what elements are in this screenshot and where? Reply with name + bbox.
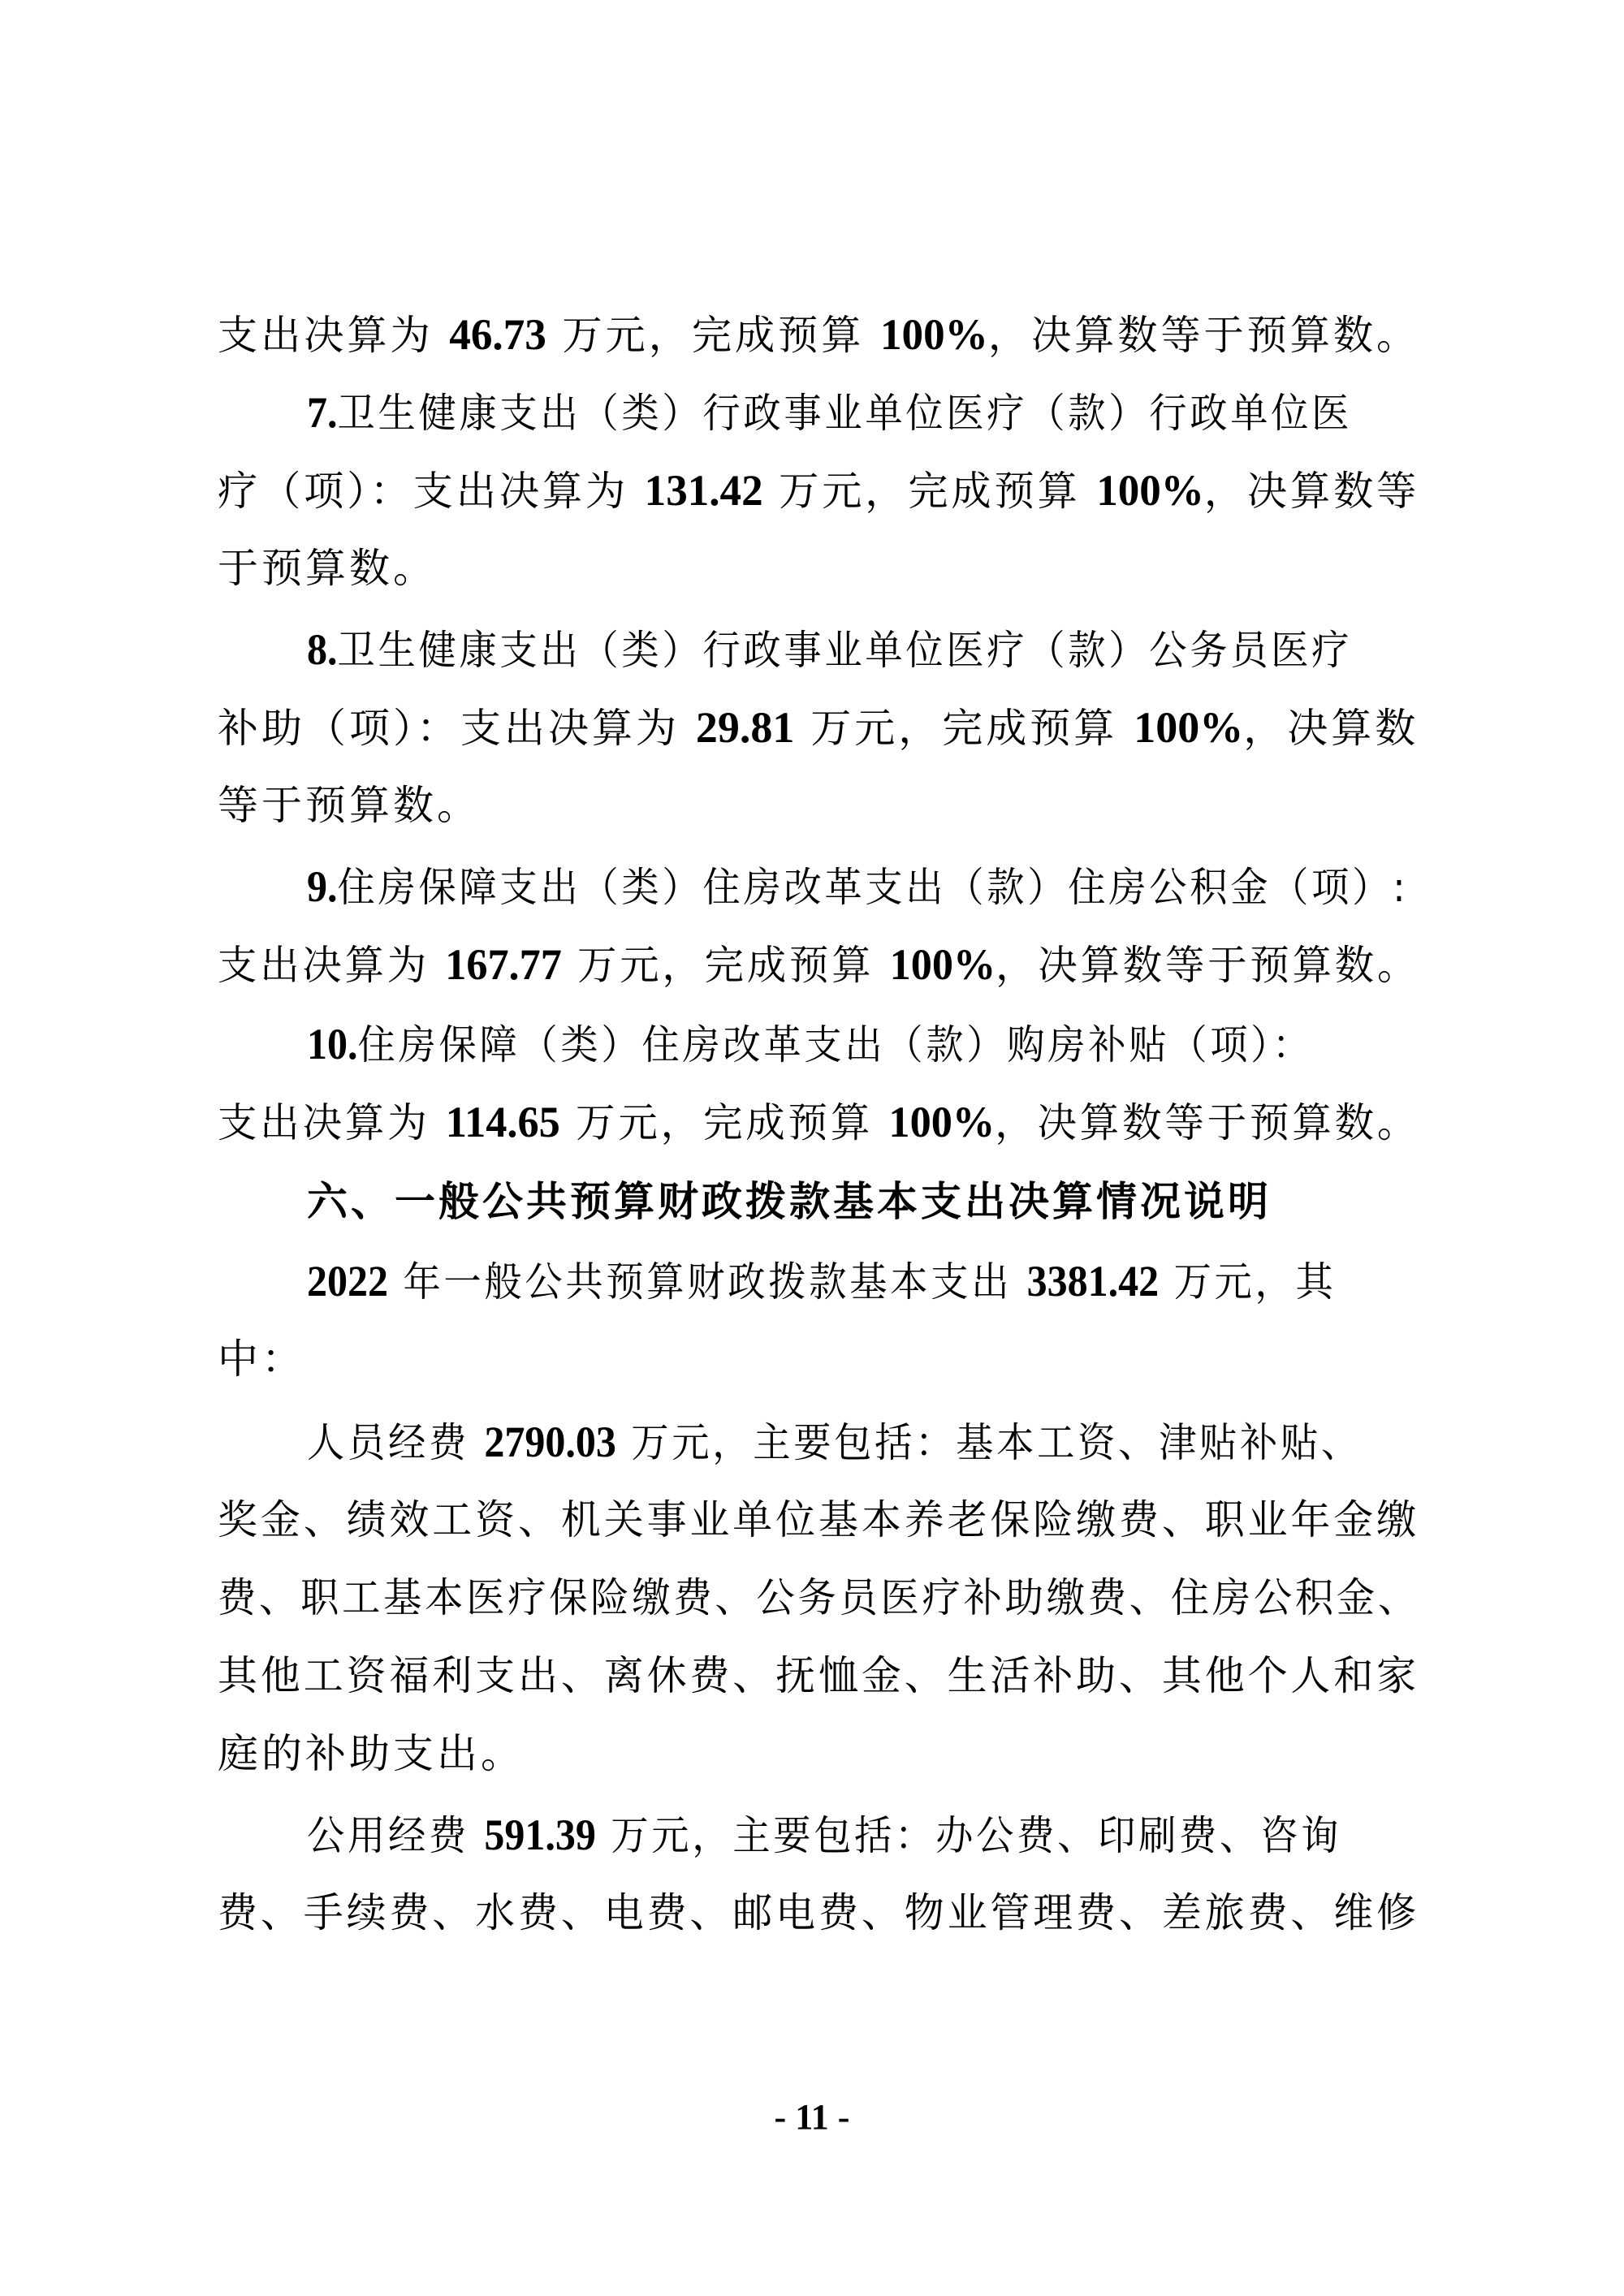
text-line: 支出决算为 114.65 万元，完成预算 100%，决算数等于预算数。: [218, 1090, 1382, 1154]
amount-value: 46.73: [449, 310, 546, 359]
text-segment: 卫生健康支出（类）行政事业单位医疗（款）行政单位医: [337, 390, 1352, 437]
text-segment: ，决算数等于预算数。: [996, 942, 1419, 989]
text-segment: 庭的补助支出。: [218, 1730, 525, 1777]
amount-value: 131.42: [645, 466, 763, 515]
list-item-7: 7.卫生健康支出（类）行政事业单位医疗（款）行政单位医: [307, 380, 1419, 445]
text-segment: 支出决算为: [218, 1099, 446, 1146]
text-segment: ，决算数等于预算数。: [995, 1099, 1419, 1146]
text-segment: 补助（项）：支出决算为: [218, 705, 696, 752]
text-segment: 万元，完成预算: [562, 942, 890, 989]
text-segment: 支出决算为: [218, 312, 449, 359]
section-heading: 六、一般公共预算财政拨款基本支出决算情况说明: [307, 1169, 1509, 1234]
item-number: 7.: [307, 388, 337, 437]
text-segment: 万元，完成预算: [794, 705, 1134, 752]
list-item-10: 10.住房保障（类）住房改革支出（款）购房补贴（项）：: [307, 1012, 1419, 1077]
text-segment: 等于预算数。: [218, 782, 481, 829]
text-segment: 奖金、绩效工资、机关事业单位基本养老保险缴费、职业年金缴: [218, 1496, 1419, 1543]
section-heading-text: 六、一般公共预算财政拨款基本支出决算情况说明: [307, 1178, 1272, 1225]
text-segment: 卫生健康支出（类）行政事业单位医疗（款）公务员医疗: [337, 627, 1352, 674]
text-line: 疗（项）：支出决算为 131.42 万元，完成预算 100%，决算数等: [218, 458, 1398, 523]
text-line: 奖金、绩效工资、机关事业单位基本养老保险缴费、职业年金缴: [218, 1487, 1394, 1552]
percent-value: 100%: [890, 940, 996, 989]
text-line: 人员经费 2790.03 万元，主要包括：基本工资、津贴补贴、: [307, 1409, 1419, 1474]
text-line: 等于预算数。: [218, 773, 1419, 838]
item-number: 9.: [307, 862, 337, 911]
text-segment: 万元，其: [1159, 1258, 1336, 1306]
percent-value: 100%: [888, 1098, 995, 1146]
text-line: 于预算数。: [218, 536, 1419, 601]
text-segment: 万元，完成预算: [546, 312, 880, 359]
text-segment: ，决算数等: [1204, 468, 1419, 515]
text-segment: 万元，主要包括：办公费、印刷费、咨询: [596, 1812, 1341, 1859]
text-line: 费、手续费、水费、电费、邮电费、物业管理费、差旅费、维修: [218, 1880, 1394, 1945]
text-segment: 万元，完成预算: [763, 468, 1097, 515]
document-page: 支出决算为 46.73 万元，完成预算 100%，决算数等于预算数。 7.卫生健…: [0, 0, 1624, 2296]
text-segment: 公用经费: [307, 1812, 484, 1859]
text-segment: 万元，完成预算: [560, 1099, 889, 1146]
page-number: - 11 -: [0, 2093, 1624, 2142]
text-segment: 费、职工基本医疗保险缴费、公务员医疗补助缴费、住房公积金、: [218, 1574, 1419, 1621]
text-segment: 其他工资福利支出、离休费、抚恤金、生活补助、其他个人和家: [218, 1652, 1419, 1699]
text-line: 中：: [218, 1327, 1419, 1392]
amount-value: 29.81: [696, 703, 795, 752]
text-segment: 支出决算为: [218, 942, 445, 989]
amount-value: 167.77: [445, 940, 562, 989]
text-line: 2022 年一般公共预算财政拨款基本支出 3381.42 万元，其: [307, 1249, 1419, 1314]
text-segment: 年一般公共预算财政拨款基本支出: [388, 1258, 1027, 1306]
text-line: 支出决算为 167.77 万元，完成预算 100%，决算数等于预算数。: [218, 932, 1380, 997]
text-segment: ，决算数等于预算数。: [988, 312, 1419, 359]
percent-value: 100%: [1134, 703, 1243, 752]
amount-value: 591.39: [484, 1810, 595, 1859]
list-item-9: 9.住房保障支出（类）住房改革支出（款）住房公积金（项）:: [307, 854, 1419, 919]
item-number: 8.: [307, 625, 337, 674]
text-line: 其他工资福利支出、离休费、抚恤金、生活补助、其他个人和家: [218, 1643, 1394, 1708]
text-segment: ，决算数: [1243, 705, 1419, 752]
text-line: 公用经费 591.39 万元，主要包括：办公费、印刷费、咨询: [307, 1802, 1419, 1867]
text-line: 庭的补助支出。: [218, 1721, 1419, 1786]
text-line: 支出决算为 46.73 万元，完成预算 100%，决算数等于预算数。: [218, 302, 1400, 367]
percent-value: 100%: [880, 310, 988, 359]
percent-value: 100%: [1096, 466, 1204, 515]
year-value: 2022: [307, 1257, 388, 1306]
list-item-8: 8.卫生健康支出（类）行政事业单位医疗（款）公务员医疗: [307, 617, 1419, 682]
text-segment: 住房保障（类）住房改革支出（款）购房补贴（项）：: [357, 1021, 1313, 1068]
text-segment: 中：: [218, 1336, 305, 1383]
text-line: 费、职工基本医疗保险缴费、公务员医疗补助缴费、住房公积金、: [218, 1565, 1354, 1630]
text-segment: 万元，主要包括：基本工资、津贴补贴、: [616, 1419, 1362, 1466]
text-segment: 疗（项）：支出决算为: [218, 468, 645, 515]
amount-value: 114.65: [446, 1098, 560, 1146]
text-segment: 于预算数。: [218, 545, 437, 592]
text-segment: 人员经费: [307, 1419, 484, 1466]
text-segment: 费、手续费、水费、电费、邮电费、物业管理费、差旅费、维修: [218, 1889, 1419, 1936]
amount-value: 3381.42: [1027, 1257, 1159, 1306]
text-line: 补助（项）：支出决算为 29.81 万元，完成预算 100%，决算数: [218, 695, 1419, 760]
text-segment: 住房保障支出（类）住房改革支出（款）住房公积金（项）:: [337, 864, 1408, 911]
amount-value: 2790.03: [484, 1418, 615, 1466]
item-number: 10.: [307, 1020, 357, 1068]
